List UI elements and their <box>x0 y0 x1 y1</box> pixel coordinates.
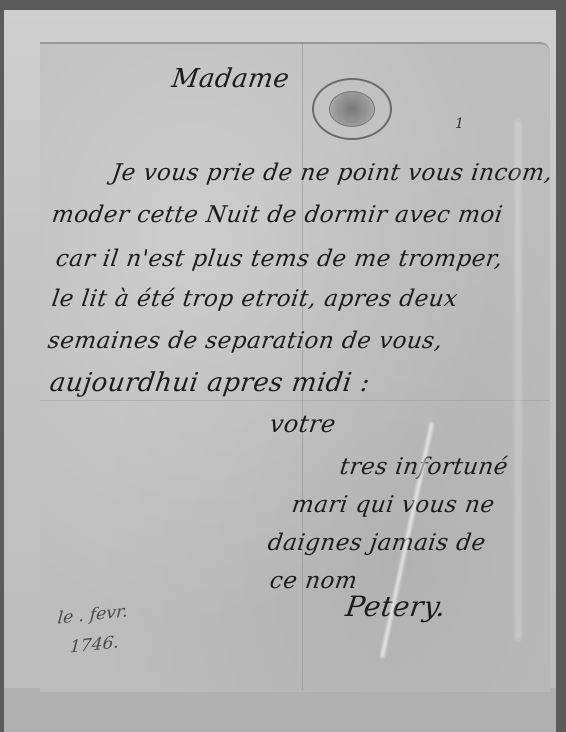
glass-glare-edge <box>515 120 521 640</box>
body-line-5: semaines de separation de vous, <box>46 328 444 354</box>
seal-stamp-icon <box>312 78 392 140</box>
letter-paper <box>40 42 550 692</box>
page-mark: 1 <box>455 116 464 132</box>
closing-line-2: mari qui vous ne <box>290 492 496 518</box>
closing-line-4: ce nom <box>268 568 359 594</box>
body-line-2: moder cette Nuit de dormir avec moi <box>50 202 504 228</box>
body-line-7: votre <box>268 410 338 438</box>
mat-lower-edge <box>4 688 556 732</box>
body-line-3: car il n'est plus tems de me tromper, <box>54 246 504 272</box>
salutation: Madame <box>170 64 292 94</box>
closing-line-3: daignes jamais de <box>266 530 487 556</box>
stamp-center <box>329 91 375 127</box>
body-line-6: aujourdhui apres midi : <box>48 368 372 398</box>
body-line-1: Je vous prie de ne point vous incom, <box>110 160 554 186</box>
horizontal-fold-line <box>40 400 550 401</box>
body-line-4: le lit à été trop etroit, apres deux <box>50 286 459 312</box>
